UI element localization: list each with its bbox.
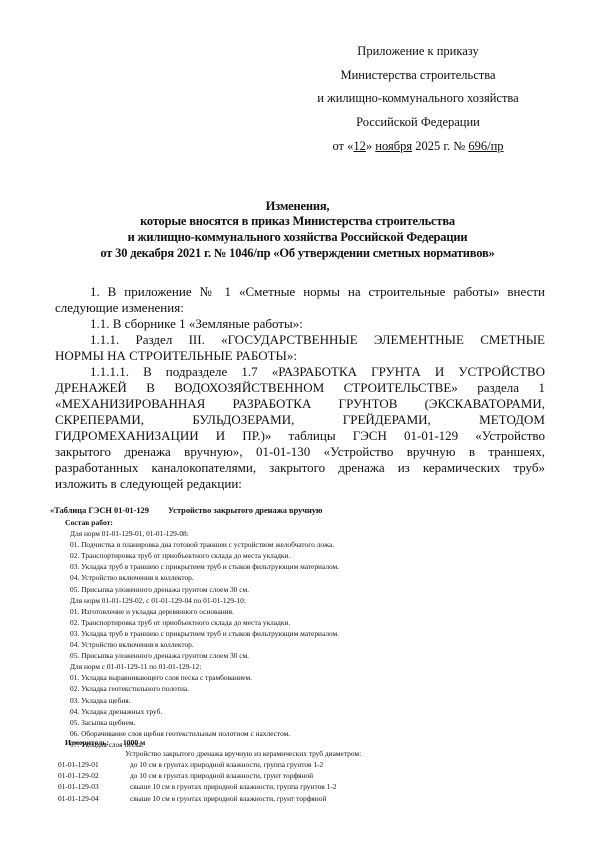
row-code: 01-01-129-01 [58,760,99,769]
paragraph-4-line-3: «МЕХАНИЗИРОВАННАЯ РАЗРАБОТКА ГРУНТОВ (ЭК… [55,396,545,412]
list-item: 04. Устройство включения в коллектор. [70,573,194,582]
paragraph-4-line-5: ГИДРОМЕХАНИЗАЦИИ И ПР.)» таблицы ГЭСН 01… [55,428,545,444]
composition-label: Состав работ: [65,518,113,527]
paragraph-2: 1.1. В сборнике 1 «Земляные работы»: [90,316,545,332]
date-prefix: от « [332,139,353,153]
list-item: 05. Засыпка щебнем. [70,718,135,727]
list-item: 02. Укладка геотекстильного полотна. [70,684,189,693]
list-item: 01. Подчистка и планировка дна готовой т… [70,540,334,549]
paragraph-4-line-8: изложить в следующей редакции: [55,476,545,492]
list-item: 01. Изготовление и укладка деревянного о… [70,607,234,616]
paragraph-3-line-1: 1.1.1. Раздел III. «ГОСУДАРСТВЕННЫЕ ЭЛЕМ… [90,332,545,348]
row-description: свыше 10 см в грунтах природной влажност… [130,794,326,803]
row-description: до 10 см в грунтах природной влажности, … [130,760,323,769]
group-label: Для норм с 01-01-129-11 по 01-01-129-12: [70,662,201,671]
table-name: Устройство закрытого дренажа вручную [168,506,322,515]
header-line-federation: Российской Федерации [268,115,568,130]
header-order-date: от «12» ноября 2025 г. № 696/пр [268,139,568,154]
row-description: до 10 см в грунтах природной влажности, … [130,771,313,780]
row-code: 01-01-129-02 [58,771,99,780]
paragraph-4-line-7: разработанных каналокопателями, закрытог… [55,460,545,476]
header-line-appendix: Приложение к приказу [268,44,568,59]
meter-value: 1000 м [123,738,145,747]
date-year: 2025 г. № [412,139,468,153]
list-item: 03. Укладка труб в траншею с прикрытием … [70,629,339,638]
list-item: 04. Устройство включения в коллектор. [70,640,194,649]
row-code: 01-01-129-03 [58,782,99,791]
paragraph-1-line-2: следующие изменения: [55,300,545,316]
paragraph-3-line-2: НОРМЫ НА СТРОИТЕЛЬНЫЕ РАБОТЫ»: [55,348,545,364]
title-line-2: которые вносятся в приказ Министерства с… [0,214,595,229]
date-day: 12 [353,139,366,153]
group-label: Для норм 01-01-129-01, 01-01-129-08: [70,529,189,538]
list-item: 06. Оборачивание слоя щебня геотекстильн… [70,729,290,738]
list-item: 02. Транспортировка труб от приобъектног… [70,551,290,560]
list-item: 05. Присыпка уложенного дренажа грунтом … [70,585,249,594]
paragraph-1-line-1: 1. В приложение № 1 «Сметные нормы на ст… [90,284,545,300]
title-line-3: и жилищно-коммунального хозяйства Россий… [0,230,595,245]
row-code: 01-01-129-04 [58,794,99,803]
header-line-housing: и жилищно-коммунального хозяйства [268,91,568,106]
list-item: 02. Транспортировка труб от приобъектног… [70,618,290,627]
list-item: 01. Укладка выравнивающего слоя песка с … [70,673,252,682]
group-label: Для норм 01-01-129-02, с 01-01-129-04 по… [70,596,246,605]
list-item: 04. Укладка дренажных труб. [70,707,162,716]
paragraph-4-line-6: закрытого дренажа вручную», 01-01-130 «У… [55,444,545,460]
list-item: 03. Укладка щебня. [70,696,131,705]
row-description: свыше 10 см в грунтах природной влажност… [130,782,336,791]
list-item: 03. Укладка труб в траншею с прикрытием … [70,562,339,571]
date-mid: » [366,139,375,153]
order-number: 696/пр [468,139,503,153]
paragraph-4-line-4: СКРЕПЕРАМИ, БУЛЬДОЗЕРАМИ, ГРЕЙДЕРАМИ, МЕ… [55,412,545,428]
date-month: ноября [375,139,412,153]
paragraph-4-line-2: ДРЕНАЖЕЙ В ВОДОХОЗЯЙСТВЕННОМ СТРОИТЕЛЬСТ… [55,380,545,396]
table-subheader: Устройство закрытого дренажа вручную из … [125,749,361,758]
paragraph-4-line-1: 1.1.1.1. В подразделе 1.7 «РАЗРАБОТКА ГР… [90,364,545,380]
title-line-1: Изменения, [0,199,595,214]
table-code: «Таблица ГЭСН 01-01-129 [50,506,149,515]
title-line-4: от 30 декабря 2021 г. № 1046/пр «Об утве… [0,246,595,261]
list-item: 05. Присыпка уложенного дренажа грунтом … [70,651,249,660]
header-line-ministry: Министерства строительства [268,68,568,83]
meter-label: Измеритель: [65,738,109,747]
